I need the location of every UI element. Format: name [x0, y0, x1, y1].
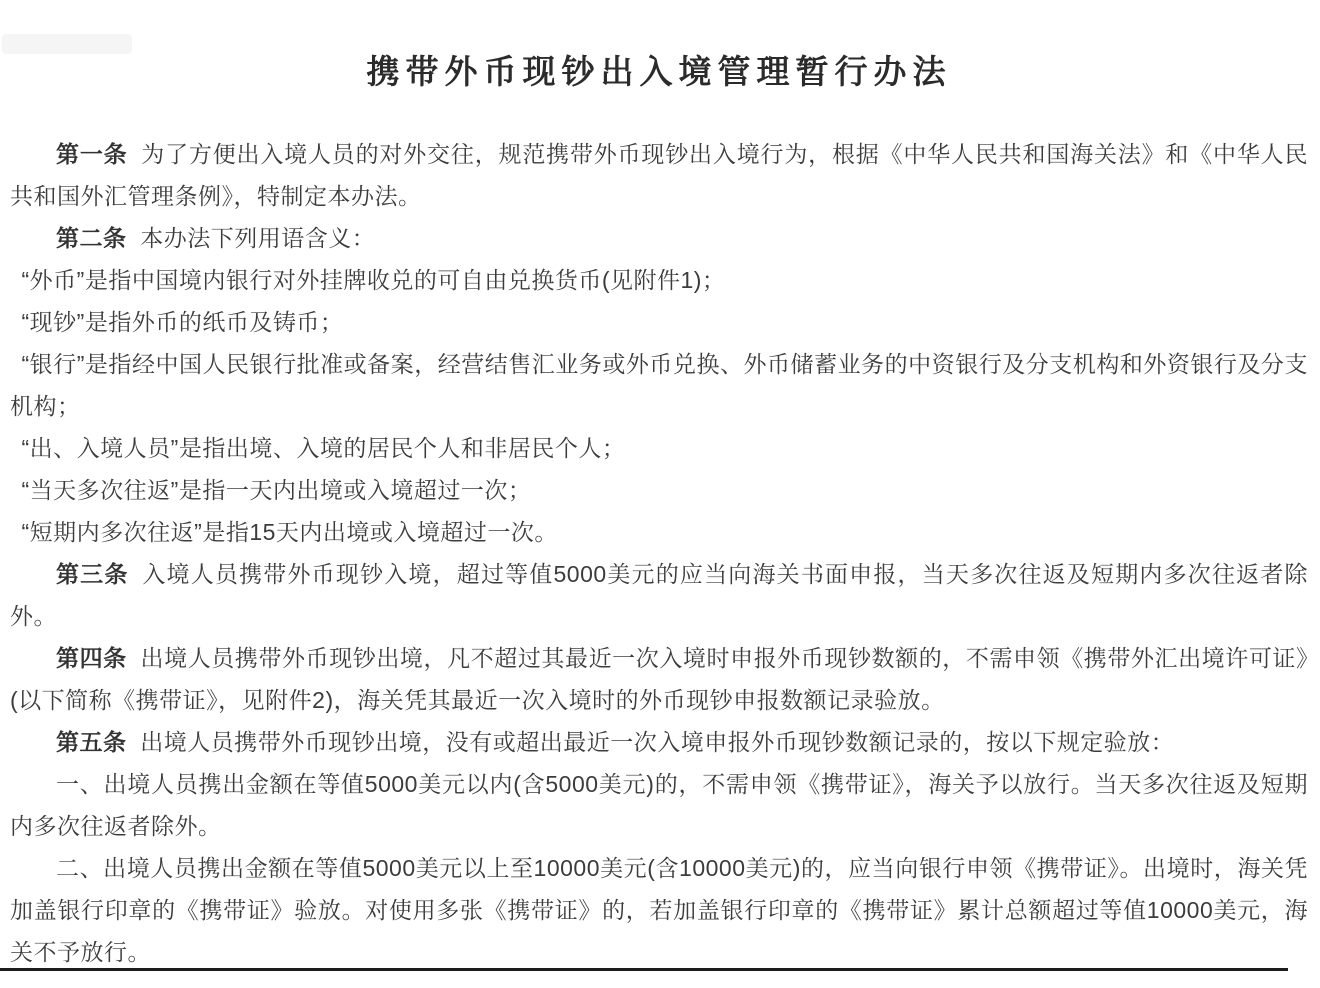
- paragraph-text: “现钞”是指外币的纸币及铸币；: [22, 309, 344, 335]
- paragraph-text: 本办法下列用语含义：: [140, 225, 375, 251]
- scan-artifact: [2, 34, 132, 54]
- paragraph: 第三条入境人员携带外币现钞入境，超过等值5000美元的应当向海关书面申报，当天多…: [10, 553, 1308, 637]
- paragraph-text: 入境人员携带外币现钞入境，超过等值5000美元的应当向海关书面申报，当天多次往返…: [10, 561, 1308, 629]
- paragraph: “短期内多次往返”是指15天内出境或入境超过一次。: [10, 511, 1308, 553]
- paragraph: “外币”是指中国境内银行对外挂牌收兑的可自由兑换货币(见附件1)；: [10, 259, 1308, 301]
- document-body: 第一条为了方便出入境人员的对外交往，规范携带外币现钞出入境行为，根据《中华人民共…: [10, 133, 1308, 973]
- paragraph-text: “当天多次往返”是指一天内出境或入境超过一次；: [22, 477, 532, 503]
- article-label: 第四条: [56, 645, 127, 671]
- article-label: 第五条: [56, 729, 127, 755]
- paragraph: 一、出境人员携出金额在等值5000美元以内(含5000美元)的，不需申领《携带证…: [10, 763, 1308, 847]
- paragraph-text: “出、入境人员”是指出境、入境的居民个人和非居民个人；: [22, 435, 626, 461]
- paragraph-text: “短期内多次往返”是指15天内出境或入境超过一次。: [22, 519, 558, 545]
- article-label: 第三条: [56, 561, 129, 587]
- paragraph: 二、出境人员携出金额在等值5000美元以上至10000美元(含10000美元)的…: [10, 847, 1308, 973]
- paragraph-text: “银行”是指经中国人民银行批准或备案，经营结售汇业务或外币兑换、外币储蓄业务的中…: [10, 351, 1308, 419]
- paragraph: “出、入境人员”是指出境、入境的居民个人和非居民个人；: [10, 427, 1308, 469]
- paragraph-text: 二、出境人员携出金额在等值5000美元以上至10000美元(含10000美元)的…: [10, 855, 1308, 965]
- paragraph-text: 出境人员携带外币现钞出境，凡不超过其最近一次入境时申报外币现钞数额的，不需申领《…: [10, 645, 1308, 713]
- article-label: 第一条: [56, 141, 127, 167]
- article-label: 第二条: [56, 225, 127, 251]
- document-page: 携带外币现钞出入境管理暂行办法 第一条为了方便出入境人员的对外交往，规范携带外币…: [0, 0, 1320, 988]
- paragraph: 第四条出境人员携带外币现钞出境，凡不超过其最近一次入境时申报外币现钞数额的，不需…: [10, 637, 1308, 721]
- paragraph-text: 出境人员携带外币现钞出境，没有或超出最近一次入境申报外币现钞数额记录的，按以下规…: [140, 729, 1174, 755]
- paragraph: 第一条为了方便出入境人员的对外交往，规范携带外币现钞出入境行为，根据《中华人民共…: [10, 133, 1308, 217]
- paragraph: “当天多次往返”是指一天内出境或入境超过一次；: [10, 469, 1308, 511]
- paragraph-text: 为了方便出入境人员的对外交往，规范携带外币现钞出入境行为，根据《中华人民共和国海…: [10, 141, 1308, 209]
- paragraph: 第二条本办法下列用语含义：: [10, 217, 1308, 259]
- paragraph: 第五条出境人员携带外币现钞出境，没有或超出最近一次入境申报外币现钞数额记录的，按…: [10, 721, 1308, 763]
- paragraph-text: “外币”是指中国境内银行对外挂牌收兑的可自由兑换货币(见附件1)；: [22, 267, 726, 293]
- paragraph: “现钞”是指外币的纸币及铸币；: [10, 301, 1308, 343]
- bottom-divider-line: [0, 968, 1288, 971]
- paragraph: “银行”是指经中国人民银行批准或备案，经营结售汇业务或外币兑换、外币储蓄业务的中…: [10, 343, 1308, 427]
- paragraph-text: 一、出境人员携出金额在等值5000美元以内(含5000美元)的，不需申领《携带证…: [10, 771, 1308, 839]
- document-title: 携带外币现钞出入境管理暂行办法: [10, 46, 1308, 93]
